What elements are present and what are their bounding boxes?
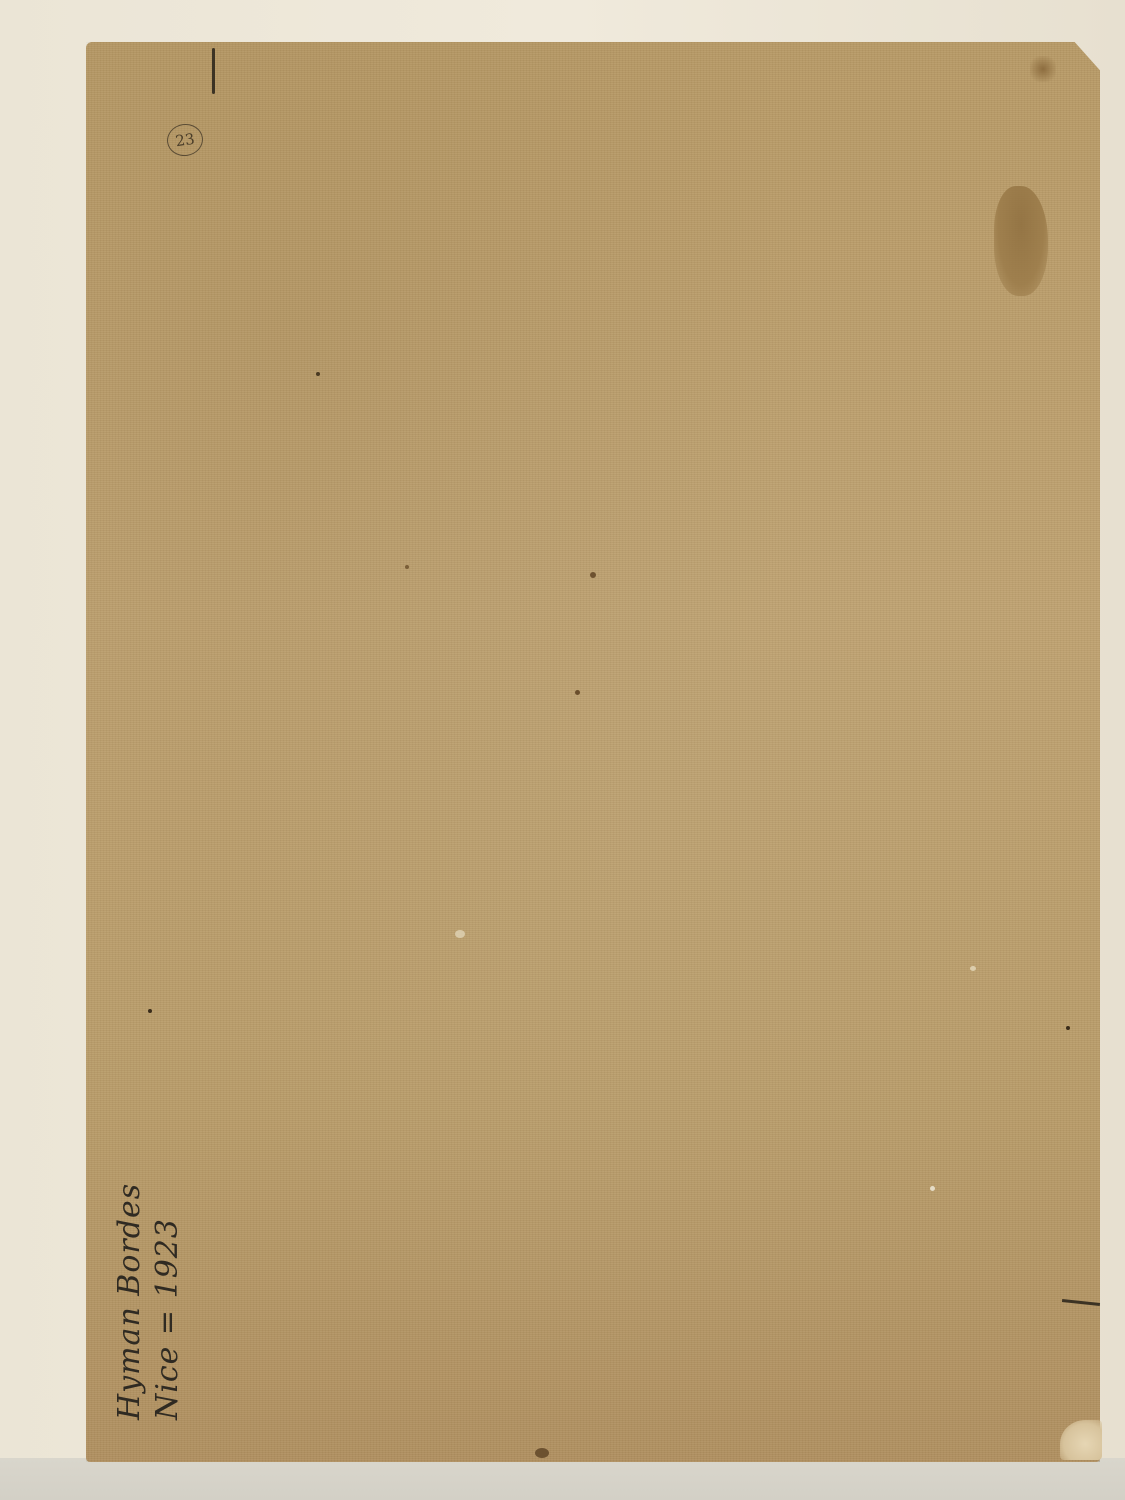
shelf-surface [0, 1458, 1125, 1500]
speck [575, 690, 580, 695]
corner-stain [1030, 56, 1056, 82]
water-stain [994, 186, 1048, 296]
speck [590, 572, 596, 578]
pencil-inscription: Hyman Bordes Nice = 1923 [112, 1183, 188, 1420]
inscription-line-2: Nice = 1923 [150, 1183, 188, 1420]
board-texture [86, 42, 1100, 1462]
speck [1066, 1026, 1070, 1030]
inscription-line-1: Hyman Bordes [112, 1183, 150, 1420]
speck [148, 1009, 152, 1013]
speck [316, 372, 320, 376]
speck [535, 1448, 549, 1458]
speck [930, 1186, 935, 1191]
cardboard-panel [86, 42, 1100, 1462]
pencil-mark-top [212, 48, 215, 94]
speck [455, 930, 465, 938]
speck [970, 966, 976, 971]
speck [405, 565, 409, 569]
